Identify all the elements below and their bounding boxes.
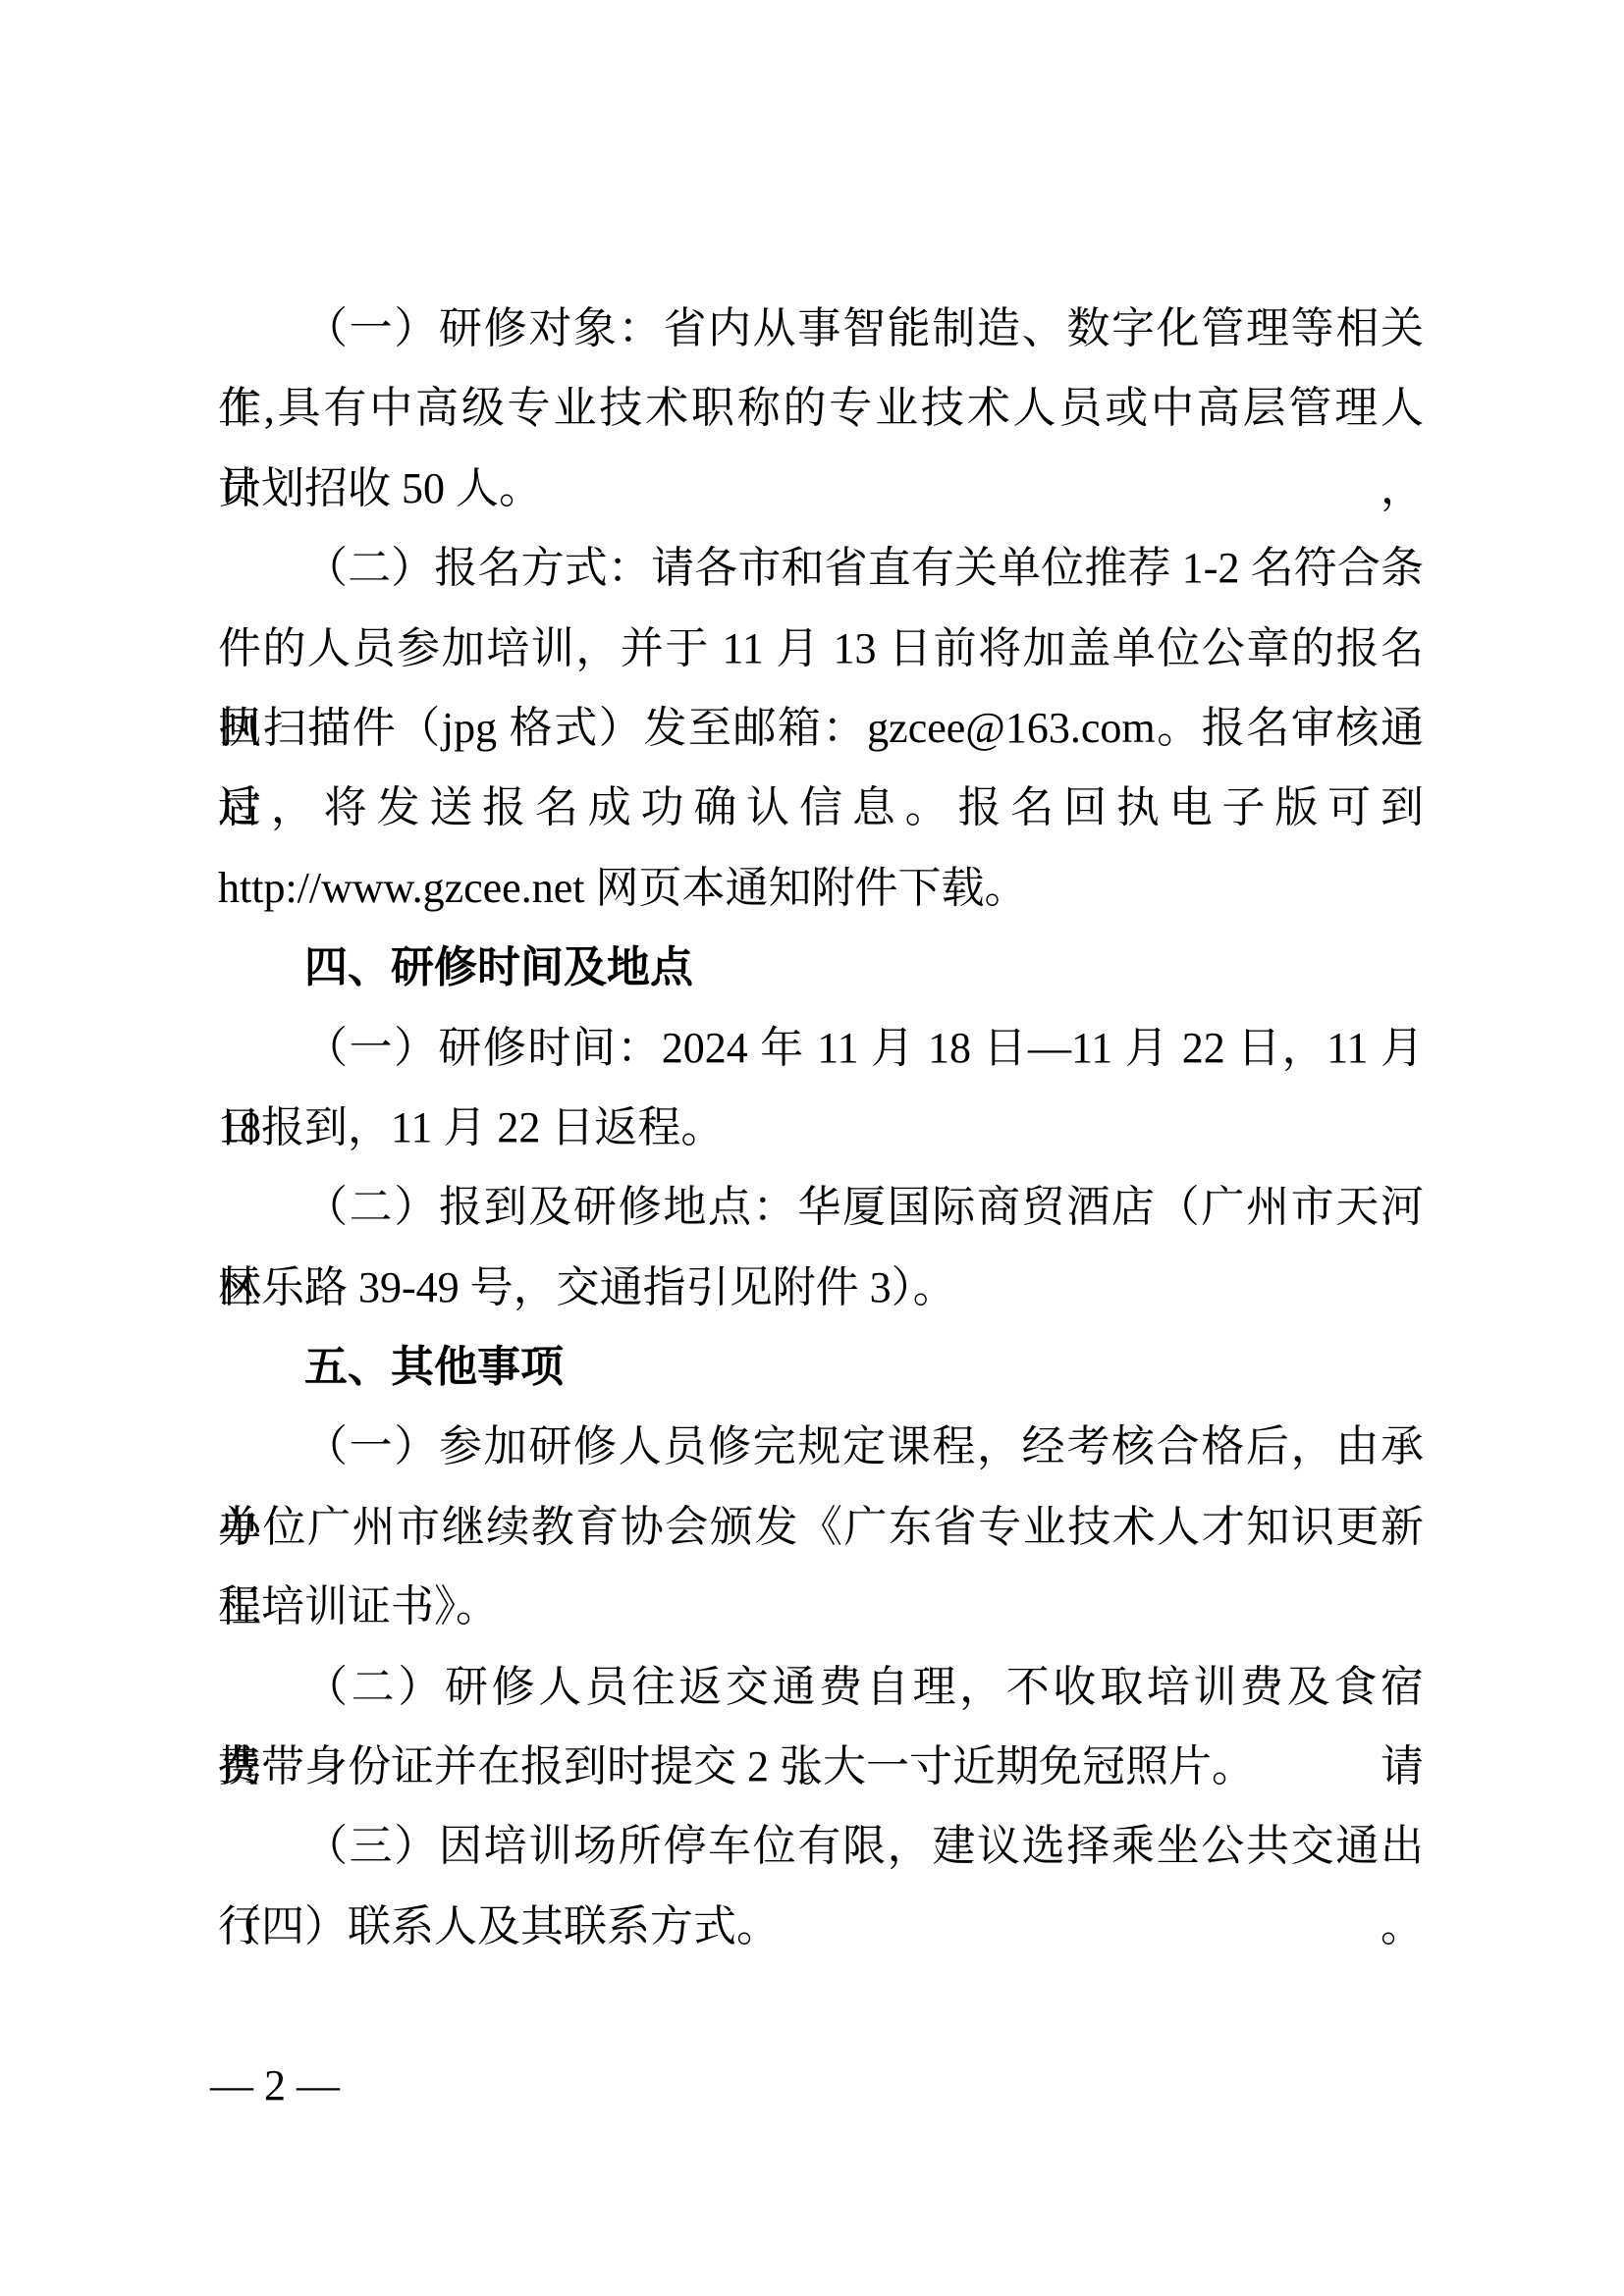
document-line: （一）参加研修人员修完规定课程，经考核合格后，由承办 <box>218 1407 1424 1486</box>
document-page: （一）研修对象：省内从事智能制造、数字化管理等相关工 作,具有中高级专业技术职称… <box>0 0 1624 2296</box>
document-line: 携带身份证并在报到时提交 2 张大一寸近期免冠照片。 <box>218 1727 1424 1806</box>
document-line: （二）研修人员往返交通费自理，不收取培训费及食宿费。请 <box>218 1647 1424 1727</box>
document-line: 日报到，11 月 22 日返程。 <box>218 1088 1424 1167</box>
document-line: 单位广州市继续教育协会颁发《广东省专业技术人才知识更新工 <box>218 1487 1424 1567</box>
document-line: 后，将发送报名成功确认信息。报名回执电子版可到 <box>218 768 1424 847</box>
document-line: （二）报名方式：请各市和省直有关单位推荐 1-2 名符合条 <box>218 528 1424 608</box>
section-heading-4: 四、研修时间及地点 <box>218 928 1424 1007</box>
document-line: http://www.gzcee.net 网页本通知附件下载。 <box>218 848 1424 928</box>
section-heading-5: 五、其他事项 <box>218 1327 1424 1407</box>
document-line: 程培训证书》。 <box>218 1567 1424 1646</box>
document-line: 作,具有中高级专业技术职称的专业技术人员或中高层管理人员， <box>218 368 1424 448</box>
document-line: 林乐路 39-49 号，交通指引见附件 3）。 <box>218 1248 1424 1327</box>
page-number: — 2 — <box>210 2046 340 2125</box>
document-line: （一）研修时间：2024 年 11 月 18 日—11 月 22 日，11 月 … <box>218 1008 1424 1088</box>
document-line: （一）研修对象：省内从事智能制造、数字化管理等相关工 <box>218 289 1424 368</box>
document-line: （三）因培训场所停车位有限，建议选择乘坐公共交通出行。 <box>218 1806 1424 1886</box>
document-line: （二）报到及研修地点：华厦国际商贸酒店（广州市天河区 <box>218 1167 1424 1247</box>
document-body: （一）研修对象：省内从事智能制造、数字化管理等相关工 作,具有中高级专业技术职称… <box>218 289 1424 1966</box>
document-line: 件的人员参加培训，并于 11 月 13 日前将加盖单位公章的报名回 <box>218 609 1424 688</box>
document-line: 执扫描件（jpg 格式）发至邮箱：gzcee@163.com。报名审核通过 <box>218 688 1424 768</box>
